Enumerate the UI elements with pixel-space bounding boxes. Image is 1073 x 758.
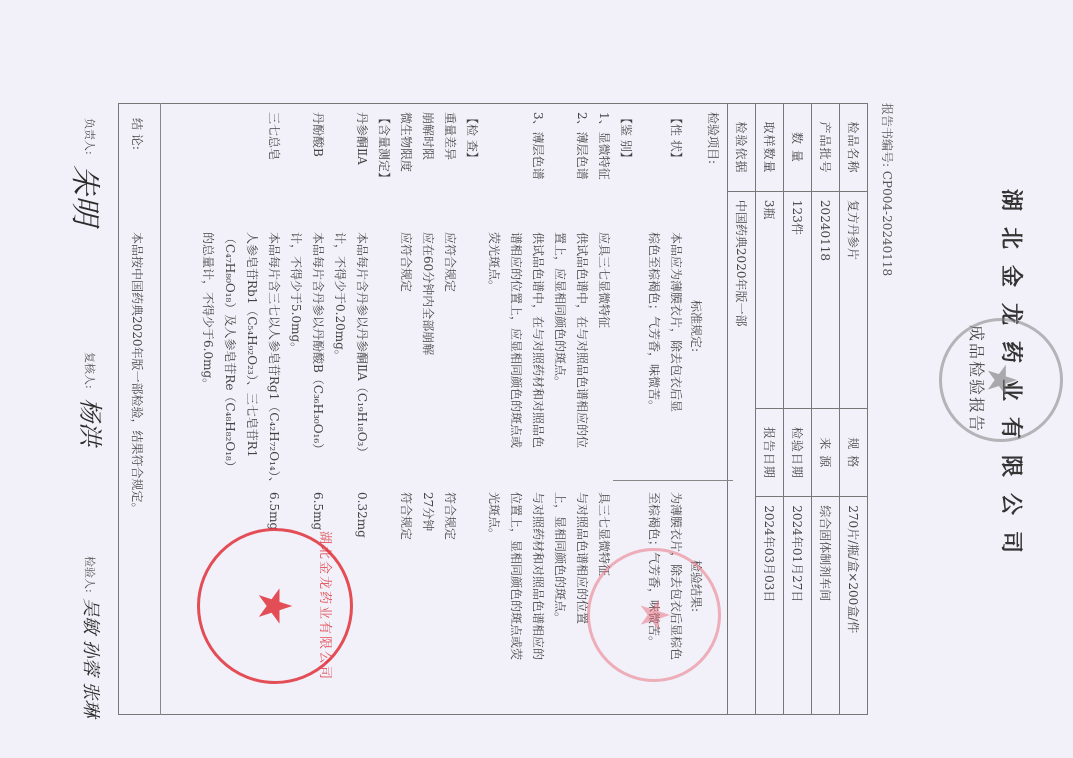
section-title: 【性 状】 xyxy=(665,112,687,164)
value-cell: 123件 xyxy=(784,191,812,408)
report-number-label: 报告书编号: xyxy=(880,103,894,167)
label-cell: 产品批号 xyxy=(812,104,840,192)
standard-text: 应在60分钟内全部崩解 xyxy=(417,232,439,355)
section-title: 【鉴 别】 xyxy=(615,112,637,164)
test-item: 三七总皂 xyxy=(263,112,285,160)
test-item: 1、显微特征 xyxy=(593,112,615,180)
reviewer-signature: 杨洪 xyxy=(75,398,110,446)
conclusion-divider xyxy=(160,103,161,715)
standard-text: 本品每片含丹参以丹参酮ⅡA（C₁₉H₁₈O₃） xyxy=(351,232,373,458)
result-text: 具三七显微特征 xyxy=(593,492,615,576)
table-row: 产品批号 20240118 来 源 综合固体制剂车间 xyxy=(812,104,840,715)
standard-text: 谱相应的位置上，应显相同颜色的斑点或 xyxy=(505,232,527,448)
items-header: 检验项目: xyxy=(702,112,724,164)
test-item: 丹酚酸B xyxy=(307,112,329,157)
standard-text: 供试品色谱中，在与对照药材和对照品色 xyxy=(527,232,549,448)
standard-text: 计，不得少于0.20mg。 xyxy=(329,232,351,362)
result-text: 为薄膜衣片，除去包衣后显棕色 xyxy=(665,492,687,660)
conclusion-text: 本品按中国药典2020年版一部检验，结果符合规定。 xyxy=(126,232,148,515)
section-title: 【检 查】 xyxy=(461,112,483,164)
standard-text: 本品应为薄膜衣片，除去包衣后显 xyxy=(665,232,687,412)
standard-header: 标准规定: xyxy=(685,300,707,352)
value-cell: 3瓶 xyxy=(756,191,784,408)
company-name: 湖北金龙药业有限公司 xyxy=(997,0,1028,758)
test-item: 重量差异 xyxy=(439,112,461,160)
result-text: 与对照品色谱相应的位置 xyxy=(571,492,593,624)
test-item: 崩解时限 xyxy=(417,112,439,160)
label-cell: 报告日期 xyxy=(756,409,784,497)
value-cell: 2024年03月03日 xyxy=(756,497,784,715)
conclusion-label: 结 论: xyxy=(126,118,148,150)
result-text: 27分钟 xyxy=(417,492,439,531)
result-text: 符合规定 xyxy=(395,492,417,540)
value-cell: 270片/瓶/盒×200盒/件 xyxy=(840,497,868,715)
label-cell: 检验依据 xyxy=(728,104,756,192)
value-cell: 复方丹参片 xyxy=(840,191,868,408)
test-item: 3、薄层色谱 xyxy=(527,112,549,180)
standard-text: 应符合规定 xyxy=(439,232,461,292)
section-title: 【含量测定】 xyxy=(373,112,395,184)
standard-text: 应具三七显微特征 xyxy=(593,232,615,328)
value-cell: 20240118 xyxy=(812,191,840,408)
standard-text: （C₄₇H₈₀O₁₈）及人参皂苷Re（C₄₈H₈₂O₁₈） xyxy=(219,232,241,473)
inspector-signatures: 吴敏 孙蓉 张琳 xyxy=(79,598,105,717)
result-text: 0.32mg xyxy=(351,492,373,538)
document-title: 成品检验报告 xyxy=(966,0,989,758)
product-info-table: 检品名称 复方丹参片 规 格 270片/瓶/盒×200盒/件 产品批号 2024… xyxy=(727,103,868,715)
result-text: 至棕褐色；气芳香，味微苦。 xyxy=(643,492,665,648)
result-text: 符合规定 xyxy=(439,492,461,540)
result-text: 6.5mg xyxy=(307,492,329,530)
test-item: 微生物限度 xyxy=(395,112,417,172)
result-text: 光斑点。 xyxy=(483,492,505,540)
standard-text: 人参皂苷Rb1（C₅₄H₉₂O₂₃）、三七皂苷R1 xyxy=(241,232,263,457)
standard-text: 置上，应显相同颜色的斑点。 xyxy=(549,232,571,388)
label-cell: 规 格 xyxy=(840,409,868,497)
result-text: 与对照药材和对照品色谱相应的 xyxy=(527,492,549,660)
standard-text: 棕色至棕褐色；气芳香，味微苦。 xyxy=(643,232,665,412)
standard-text: 供试品色谱中，在与对照品色谱相应的位 xyxy=(571,232,593,448)
label-cell: 检品名称 xyxy=(840,104,868,192)
standard-text: 本品每片含丹参以丹酚酸B（C₃₆H₃₀O₁₆） xyxy=(307,232,329,455)
column-divider xyxy=(613,480,733,481)
table-row: 取样数量 3瓶 报告日期 2024年03月03日 xyxy=(756,104,784,715)
value-cell: 2024年01月27日 xyxy=(784,497,812,715)
standard-text: 的总量计，不得少于6.0mg。 xyxy=(197,232,219,390)
test-item: 丹参酮ⅡA xyxy=(351,112,373,165)
table-row: 数 量 123件 检验日期 2024年01月27日 xyxy=(784,104,812,715)
standard-text: 应符合规定 xyxy=(395,232,417,292)
reviewer-label: 复核人: xyxy=(82,352,98,389)
label-cell: 数 量 xyxy=(784,104,812,192)
responsible-label: 负责人: xyxy=(82,118,98,155)
label-cell: 检验日期 xyxy=(784,409,812,497)
result-text: 位置上，显相同颜色的斑点或荧 xyxy=(505,492,527,660)
result-text: 6.5mg xyxy=(263,492,285,530)
report-number: 报告书编号: CP004-20240118 xyxy=(879,103,896,276)
standard-text: 荧光斑点。 xyxy=(483,232,505,292)
test-item: 2、薄层色谱 xyxy=(571,112,593,180)
result-header: 检验结果: xyxy=(685,560,707,612)
label-cell: 取样数量 xyxy=(756,104,784,192)
table-row: 检验依据 中国药典2020年版一部 xyxy=(728,104,756,715)
inspector-label: 检验人: xyxy=(82,556,98,593)
standard-text: 本品每片含三七以人参皂苷Rg1（C₄₂H₇₂O₁₄）、 xyxy=(263,232,285,489)
table-row: 检品名称 复方丹参片 规 格 270片/瓶/盒×200盒/件 xyxy=(840,104,868,715)
label-cell: 来 源 xyxy=(812,409,840,497)
value-cell: 综合固体制剂车间 xyxy=(812,497,840,715)
inspection-report-page: 湖北金龙药业有限公司 成品检验报告 报告书编号: CP004-20240118 … xyxy=(0,0,1073,758)
responsible-signature: 朱明 xyxy=(66,165,110,225)
report-number-value: CP004-20240118 xyxy=(880,171,894,276)
result-text: 上，显相同颜色的斑点。 xyxy=(549,492,571,624)
value-cell: 中国药典2020年版一部 xyxy=(728,191,756,714)
standard-text: 计，不得少于5.0mg。 xyxy=(285,232,307,354)
